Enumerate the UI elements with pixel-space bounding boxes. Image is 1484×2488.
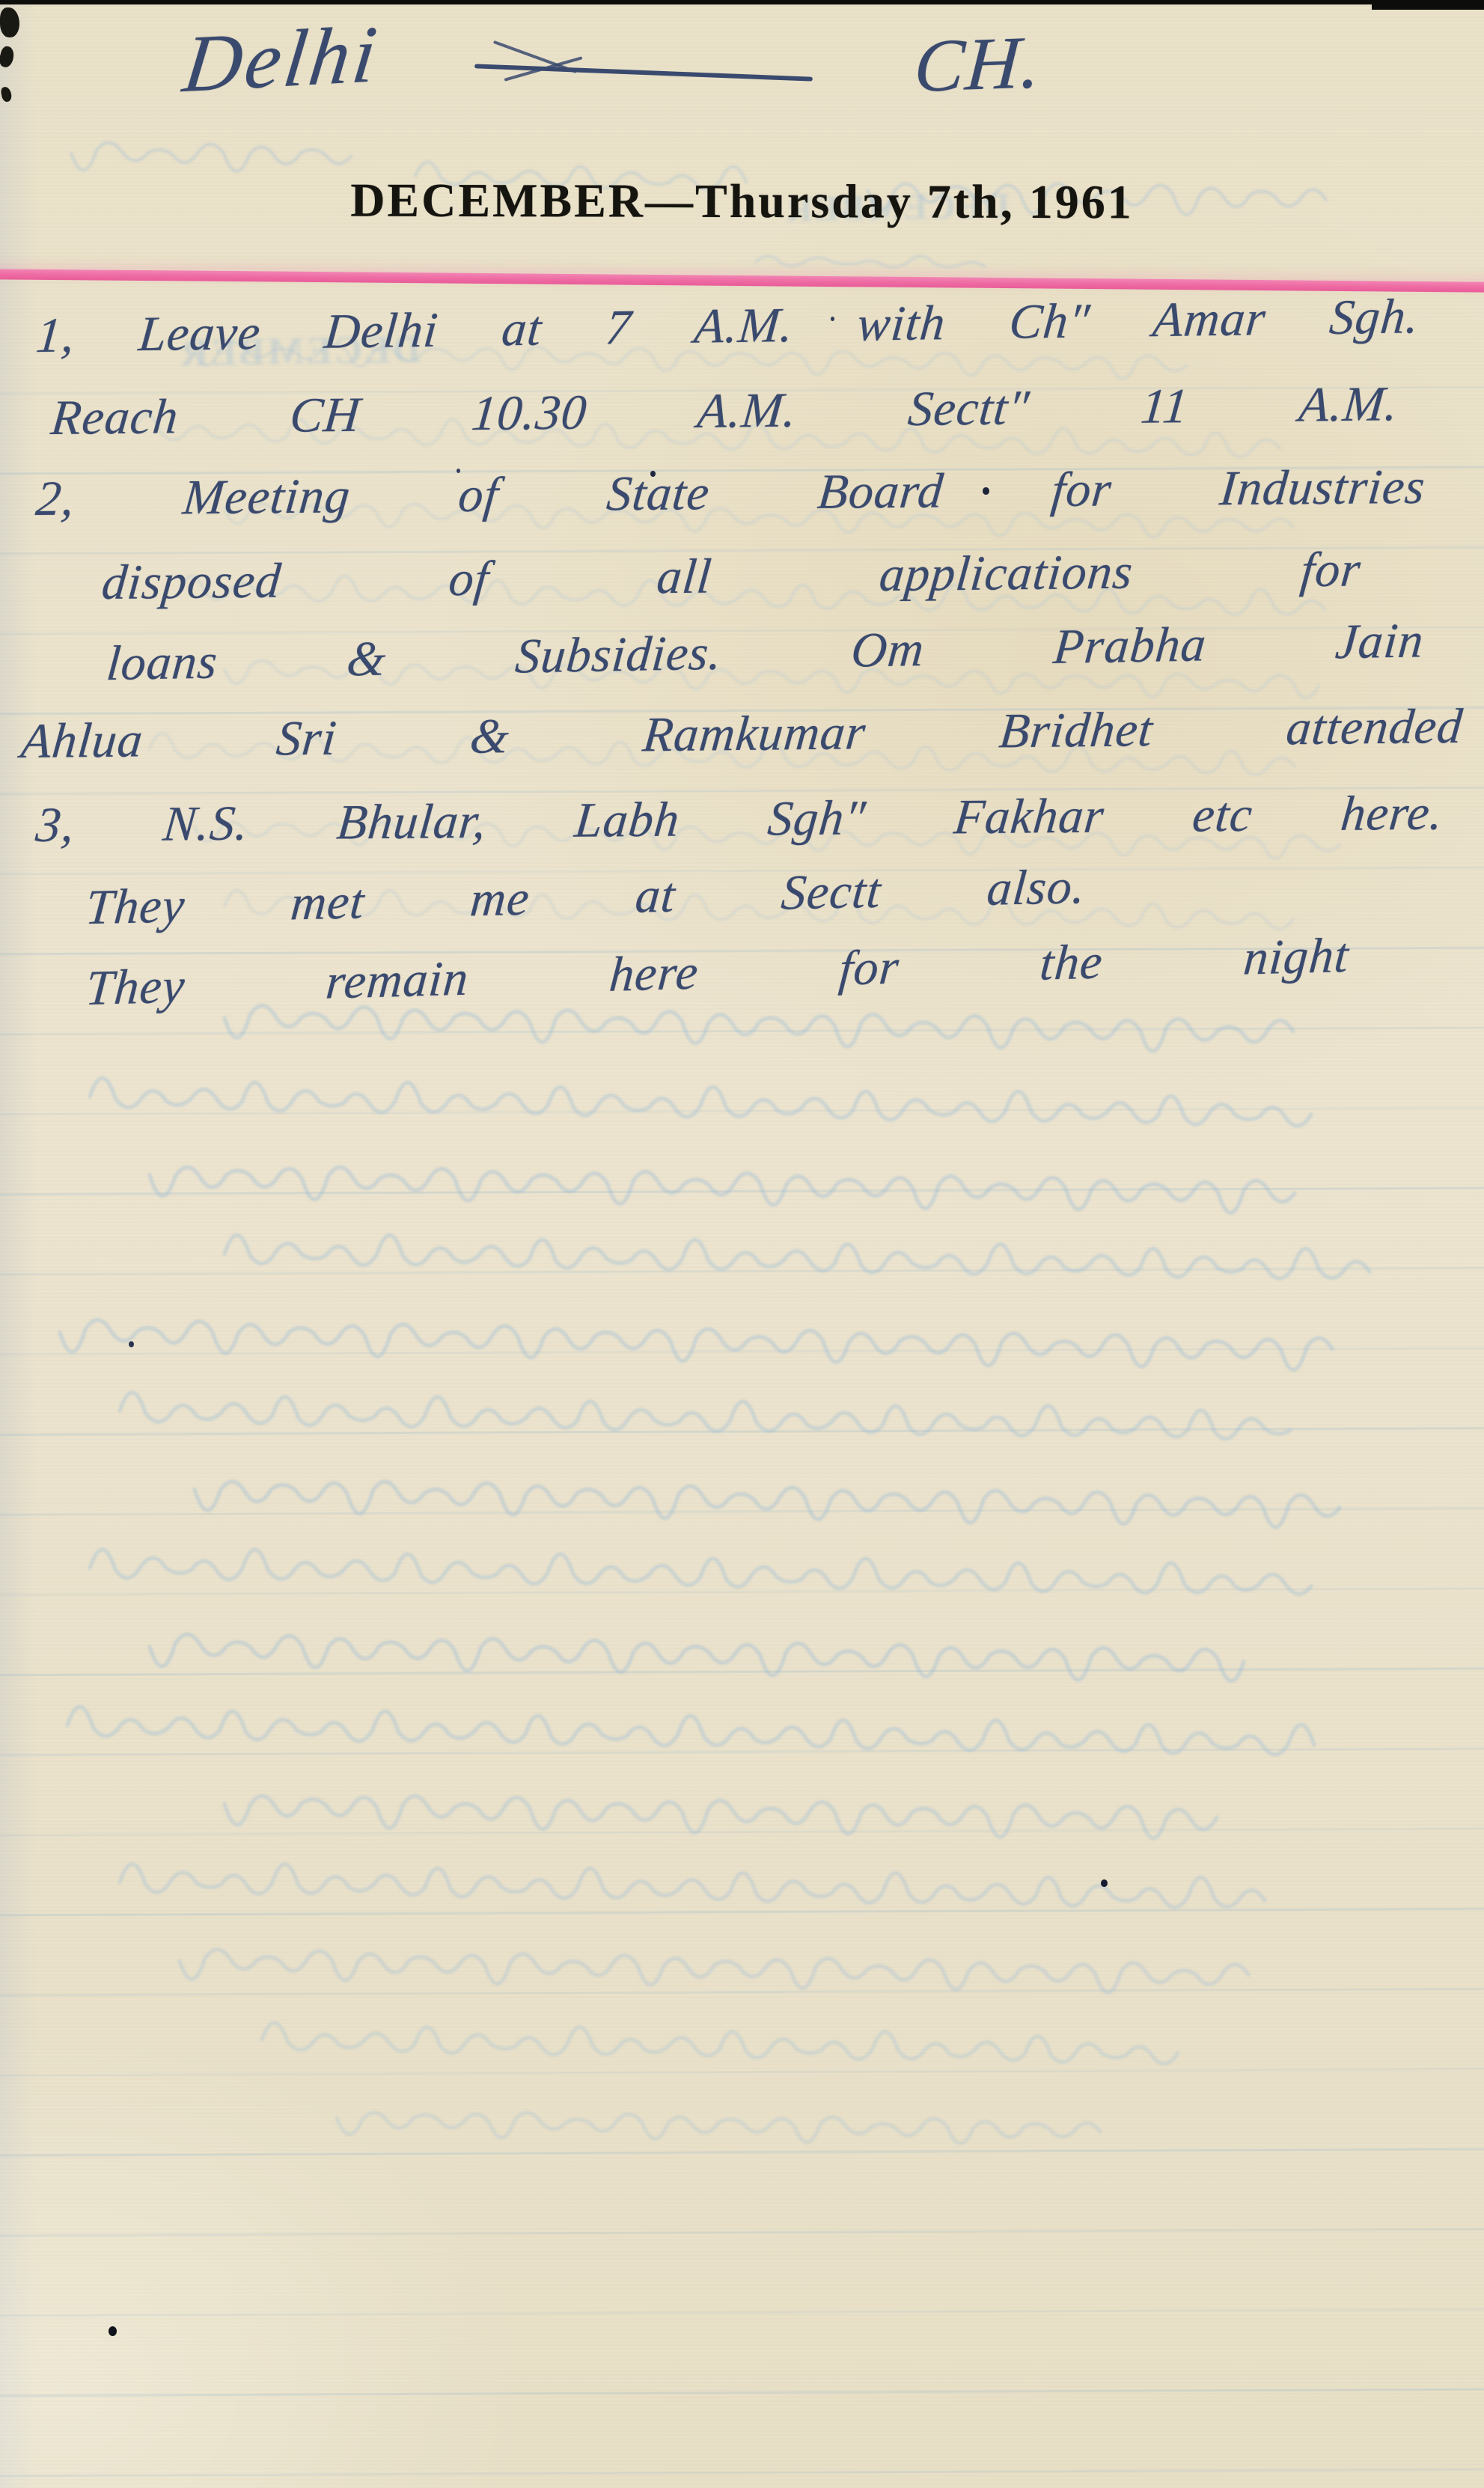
diary-entry-line: Ahlua Sri & Ramkumar Bridhet attended	[19, 699, 1465, 769]
ink-speck	[129, 1341, 134, 1347]
ruled-line	[0, 1027, 1484, 1036]
ink-speck	[831, 317, 834, 321]
handwritten-location-delhi: Delhi	[179, 8, 385, 112]
ruled-line	[0, 1668, 1484, 1677]
diary-entry-line: 1, Leave Delhi at 7 A.M. with Ch″ Amar S…	[34, 289, 1422, 364]
ruled-line	[0, 1588, 1484, 1597]
ruled-line	[0, 2469, 1484, 2478]
ruled-line	[0, 1908, 1484, 1917]
printed-date-header: DECEMBER—Thursday 7th, 1961	[0, 171, 1484, 231]
ruled-line	[0, 1988, 1484, 1997]
diary-entry-line: Reach CH 10.30 A.M. Sectt″ 11 A.M.	[49, 376, 1401, 446]
ink-speck	[650, 471, 656, 477]
diary-entry-line: loans & Subsidies. Om Prabha Jain	[105, 613, 1426, 692]
ruled-line	[0, 2228, 1484, 2237]
ruled-line	[0, 1748, 1484, 1757]
diary-entry-line: 3, N.S. Bhular, Labh Sgh″ Fakhar etc her…	[34, 786, 1446, 853]
pink-rule	[0, 269, 1484, 293]
handwritten-location-ch: CH.	[912, 19, 1045, 109]
ink-speck	[983, 487, 989, 496]
ink-speck	[1101, 1879, 1108, 1888]
ruled-line	[0, 1427, 1484, 1436]
scan-edge-mark	[0, 86, 12, 103]
ruled-line	[0, 1347, 1484, 1356]
diary-entry-line: They remain here for the night	[84, 928, 1351, 1016]
ruled-line	[0, 1107, 1484, 1116]
ruled-line	[0, 2388, 1484, 2397]
diary-page-scan: DECEMBER DECEMBER Delhi CH. DECEMBER—Thu…	[0, 0, 1484, 2488]
ink-speck	[457, 469, 460, 473]
scan-top-edge-corner	[1372, 0, 1484, 10]
ruled-line	[0, 2308, 1484, 2317]
diary-entry-line: 2, Meeting of State Board for Industries	[34, 460, 1428, 527]
ruled-line	[0, 1187, 1484, 1196]
ruled-line	[0, 2148, 1484, 2157]
ruled-line	[0, 1507, 1484, 1516]
scan-top-edge	[0, 0, 1484, 4]
scan-edge-mark	[0, 45, 16, 69]
ink-speck	[109, 2326, 117, 2336]
scan-edge-mark	[0, 7, 19, 37]
ruled-line	[0, 2068, 1484, 2077]
ruled-line	[0, 1267, 1484, 1276]
ruled-line	[0, 1828, 1484, 1837]
diary-entry-line: They met me at Sectt also.	[84, 859, 1088, 936]
